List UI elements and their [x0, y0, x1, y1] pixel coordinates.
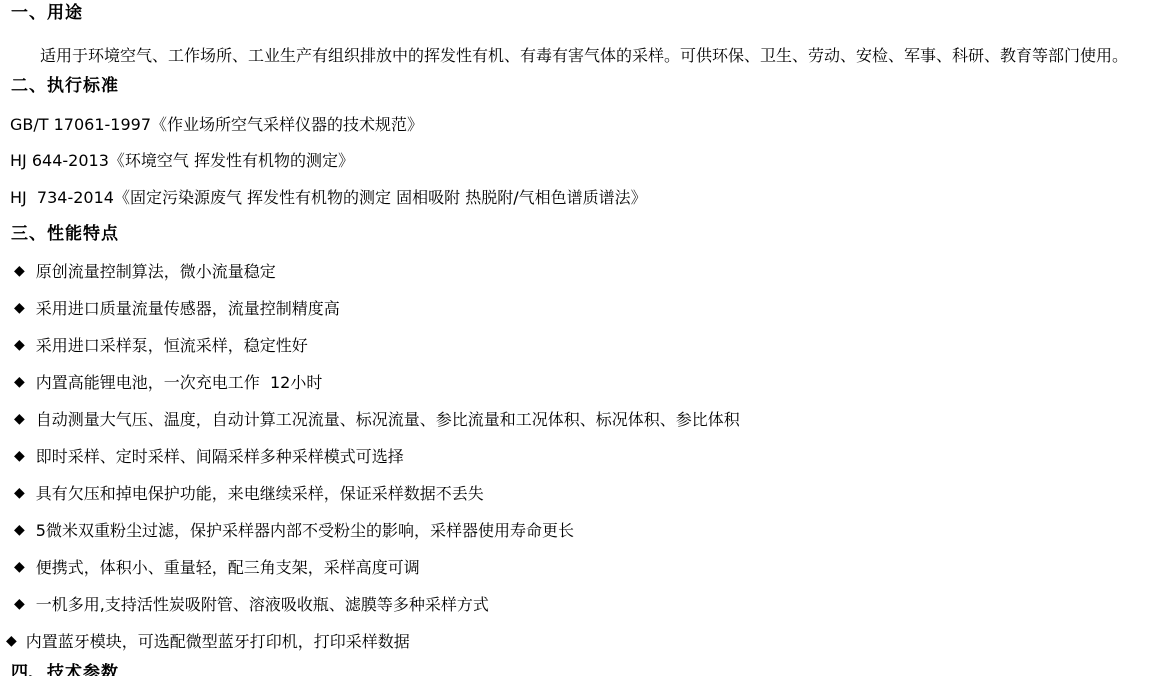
diamond-bullet-icon: ◆: [14, 595, 25, 614]
section-heading-standards: 二、执行标准: [11, 77, 119, 96]
diamond-bullet-icon: ◆: [14, 484, 25, 503]
diamond-bullet-icon: ◆: [14, 336, 25, 355]
feature-text: 采用进口质量流量传感器，流量控制精度高: [36, 299, 340, 318]
feature-item: ◆ 采用进口质量流量传感器，流量控制精度高: [14, 299, 340, 318]
feature-item: ◆ 便携式，体积小、重量轻，配三角支架，采样高度可调: [14, 558, 420, 577]
feature-text: 5微米双重粉尘过滤，保护采样器内部不受粉尘的影响，采样器使用寿命更长: [36, 521, 574, 540]
section-heading-features: 三、性能特点: [11, 225, 119, 244]
feature-text: 内置高能锂电池，一次充电工作 12小时: [36, 373, 323, 392]
purpose-paragraph: 适用于环境空气、工作场所、工业生产有组织排放中的挥发性有机、有毒有害气体的采样。…: [40, 46, 1128, 65]
diamond-bullet-icon: ◆: [14, 262, 25, 281]
feature-item: ◆ 5微米双重粉尘过滤，保护采样器内部不受粉尘的影响，采样器使用寿命更长: [14, 521, 574, 540]
feature-text: 内置蓝牙模块，可选配微型蓝牙打印机，打印采样数据: [26, 632, 410, 651]
feature-item: ◆ 内置高能锂电池，一次充电工作 12小时: [14, 373, 322, 392]
standard-item: GB/T 17061-1997《作业场所空气采样仪器的技术规范》: [10, 115, 423, 134]
diamond-bullet-icon: ◆: [14, 299, 25, 318]
document-page: 一、用途 适用于环境空气、工作场所、工业生产有组织排放中的挥发性有机、有毒有害气…: [0, 0, 1171, 676]
standard-item: HJ 734-2014《固定污染源废气 挥发性有机物的测定 固相吸附 热脱附/气…: [10, 188, 647, 207]
diamond-bullet-icon: ◆: [14, 558, 25, 577]
diamond-bullet-icon: ◆: [14, 410, 25, 429]
feature-text: 便携式，体积小、重量轻，配三角支架，采样高度可调: [36, 558, 420, 577]
section-heading-parameters: 四、技术参数: [11, 664, 119, 676]
diamond-bullet-icon: ◆: [14, 521, 25, 540]
diamond-bullet-icon: ◆: [14, 373, 25, 392]
feature-text: 具有欠压和掉电保护功能，来电继续采样，保证采样数据不丢失: [36, 484, 484, 503]
feature-item: ◆ 具有欠压和掉电保护功能，来电继续采样，保证采样数据不丢失: [14, 484, 484, 503]
feature-item: ◆ 一机多用,支持活性炭吸附管、溶液吸收瓶、滤膜等多种采样方式: [14, 595, 489, 614]
feature-text: 即时采样、定时采样、间隔采样多种采样模式可选择: [36, 447, 404, 466]
feature-text: 自动测量大气压、温度，自动计算工况流量、标况流量、参比流量和工况体积、标况体积、…: [36, 410, 740, 429]
feature-item: ◆ 自动测量大气压、温度，自动计算工况流量、标况流量、参比流量和工况体积、标况体…: [14, 410, 740, 429]
feature-text: 一机多用,支持活性炭吸附管、溶液吸收瓶、滤膜等多种采样方式: [36, 595, 489, 614]
feature-item: ◆ 即时采样、定时采样、间隔采样多种采样模式可选择: [14, 447, 404, 466]
feature-text: 采用进口采样泵，恒流采样，稳定性好: [36, 336, 308, 355]
diamond-bullet-icon: ◆: [14, 447, 25, 466]
feature-item: ◆ 采用进口采样泵，恒流采样，稳定性好: [14, 336, 308, 355]
diamond-bullet-icon: ◆: [6, 632, 17, 651]
feature-text: 原创流量控制算法，微小流量稳定: [36, 262, 276, 281]
section-heading-purpose: 一、用途: [11, 4, 83, 23]
feature-item: ◆ 内置蓝牙模块，可选配微型蓝牙打印机，打印采样数据: [6, 632, 410, 651]
feature-item: ◆ 原创流量控制算法，微小流量稳定: [14, 262, 276, 281]
standard-item: HJ 644-2013《环境空气 挥发性有机物的测定》: [10, 151, 354, 170]
